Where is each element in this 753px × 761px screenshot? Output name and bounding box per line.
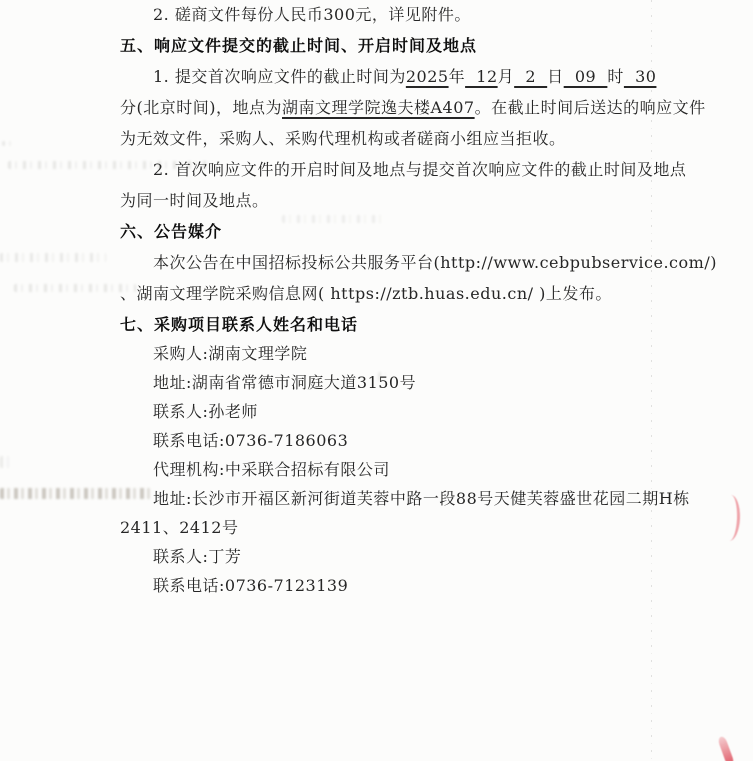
opening-line-1: 2. 首次响应文件的开启时间及地点与提交首次响应文件的截止时间及地点: [120, 161, 740, 177]
text-segment: 分(北京时间)，地点为: [120, 98, 282, 117]
text-segment: 联系人:丁芳: [153, 547, 241, 566]
text-segment: 七、采购项目联系人姓名和电话: [120, 315, 358, 334]
text-segment: 。在截止时间后送达的响应文件: [475, 98, 706, 117]
agency-address-line-2: 2411、2412号: [120, 519, 740, 535]
section-5-response-deadline: 五、响应文件提交的截止时间、开启时间及地点1. 提交首次响应文件的截止时间为20…: [120, 37, 740, 208]
text-segment: 年: [449, 67, 466, 86]
media-line-2: 、湖南文理学院采购信息网( https://ztb.huas.edu.cn/ )…: [120, 285, 740, 301]
deadline-line-1: 1. 提交首次响应文件的截止时间为2025年 12月 2 日 09 时 30: [120, 68, 740, 84]
underlined-text: 12: [465, 67, 498, 86]
scanned-document-page: { "page": { "background_color": "#fcfcfb…: [0, 0, 753, 761]
media-line-1: 本次公告在中国招标投标公共服务平台(http://www.cebpubservi…: [120, 254, 740, 270]
agency-phone-line: 联系电话:0736-7123139: [120, 577, 740, 593]
text-segment: 联系电话:0736-7186063: [153, 431, 348, 450]
text-segment: 地址:湖南省常德市洞庭大道3150号: [153, 373, 416, 392]
text-segment: 为同一时间及地点。: [120, 191, 269, 210]
text-segment: 联系人:孙老师: [153, 402, 258, 421]
text-segment: 1. 提交首次响应文件的截止时间为: [153, 67, 406, 86]
text-segment: 2. 磋商文件每份人民币300元，详见附件。: [153, 5, 471, 24]
heading-section-5: 五、响应文件提交的截止时间、开启时间及地点: [120, 37, 740, 53]
text-segment: 联系电话:0736-7123139: [153, 576, 348, 595]
text-segment: 采购人:湖南文理学院: [153, 344, 307, 363]
section-7-contacts: 七、采购项目联系人姓名和电话采购人:湖南文理学院地址:湖南省常德市洞庭大道315…: [120, 316, 740, 593]
text-segment: 、湖南文理学院采购信息网( https://ztb.huas.edu.cn/ )…: [120, 284, 612, 303]
bleed-through-smudge: [282, 215, 384, 223]
document-body: 2. 磋商文件每份人民币300元，详见附件。 五、响应文件提交的截止时间、开启时…: [120, 6, 740, 606]
text-segment: 2411、2412号: [120, 518, 238, 537]
heading-section-6: 六、公告媒介: [120, 223, 740, 239]
agency-address-line-1: 地址:长沙市开福区新河街道芙蓉中路一段88号天健芙蓉盛世花园二期H栋: [120, 490, 740, 506]
section-6-announcement-media: 六、公告媒介本次公告在中国招标投标公共服务平台(http://www.cebpu…: [120, 223, 740, 301]
underlined-text: 09: [564, 67, 608, 86]
text-segment: 地址:长沙市开福区新河街道芙蓉中路一段88号天健芙蓉盛世花园二期H栋: [153, 489, 690, 508]
underlined-text: 2025: [406, 67, 449, 86]
purchaser-contact-line: 联系人:孙老师: [120, 403, 740, 419]
bleed-through-smudge: [0, 488, 152, 499]
text-segment: 五、响应文件提交的截止时间、开启时间及地点: [120, 36, 477, 55]
scan-speck: [2, 141, 17, 146]
underlined-text: 湖南文理学院逸夫楼A407: [282, 98, 475, 117]
purchaser-address-line: 地址:湖南省常德市洞庭大道3150号: [120, 374, 740, 390]
scan-speck: [0, 456, 10, 468]
text-segment: 2. 首次响应文件的开启时间及地点与提交首次响应文件的截止时间及地点: [153, 160, 686, 179]
agency-line: 代理机构:中采联合招标有限公司: [120, 461, 740, 477]
agency-contact-line: 联系人:丁芳: [120, 548, 740, 564]
opening-line-2: 为同一时间及地点。: [120, 192, 740, 208]
red-pen-stroke-mark: [717, 736, 735, 761]
bleed-through-smudge: [8, 161, 210, 169]
heading-section-7: 七、采购项目联系人姓名和电话: [120, 316, 740, 332]
text-segment: 代理机构:中采联合招标有限公司: [153, 460, 390, 479]
scan-fold-line: [651, 0, 652, 761]
purchaser-phone-line: 联系电话:0736-7186063: [120, 432, 740, 448]
deadline-line-2: 分(北京时间)，地点为湖南文理学院逸夫楼A407。在截止时间后送达的响应文件: [120, 99, 740, 115]
scan-speck: [378, 372, 386, 381]
bleed-through-smudge: [14, 284, 136, 292]
text-segment: 六、公告媒介: [120, 222, 222, 241]
deadline-line-3: 为无效文件，采购人、采购代理机构或者磋商小组应当拒收。: [120, 130, 740, 146]
bleed-through-smudge: [0, 253, 106, 262]
text-segment: 日: [547, 67, 564, 86]
section-fee-note: 2. 磋商文件每份人民币300元，详见附件。: [120, 6, 740, 22]
fee-note-line: 2. 磋商文件每份人民币300元，详见附件。: [120, 6, 740, 22]
text-segment: 时: [607, 67, 624, 86]
purchaser-line: 采购人:湖南文理学院: [120, 345, 740, 361]
text-segment: 月: [498, 67, 515, 86]
text-segment: 本次公告在中国招标投标公共服务平台(http://www.cebpubservi…: [153, 253, 717, 272]
underlined-text: 2: [514, 67, 547, 86]
text-segment: 为无效文件，采购人、采购代理机构或者磋商小组应当拒收。: [120, 129, 566, 148]
